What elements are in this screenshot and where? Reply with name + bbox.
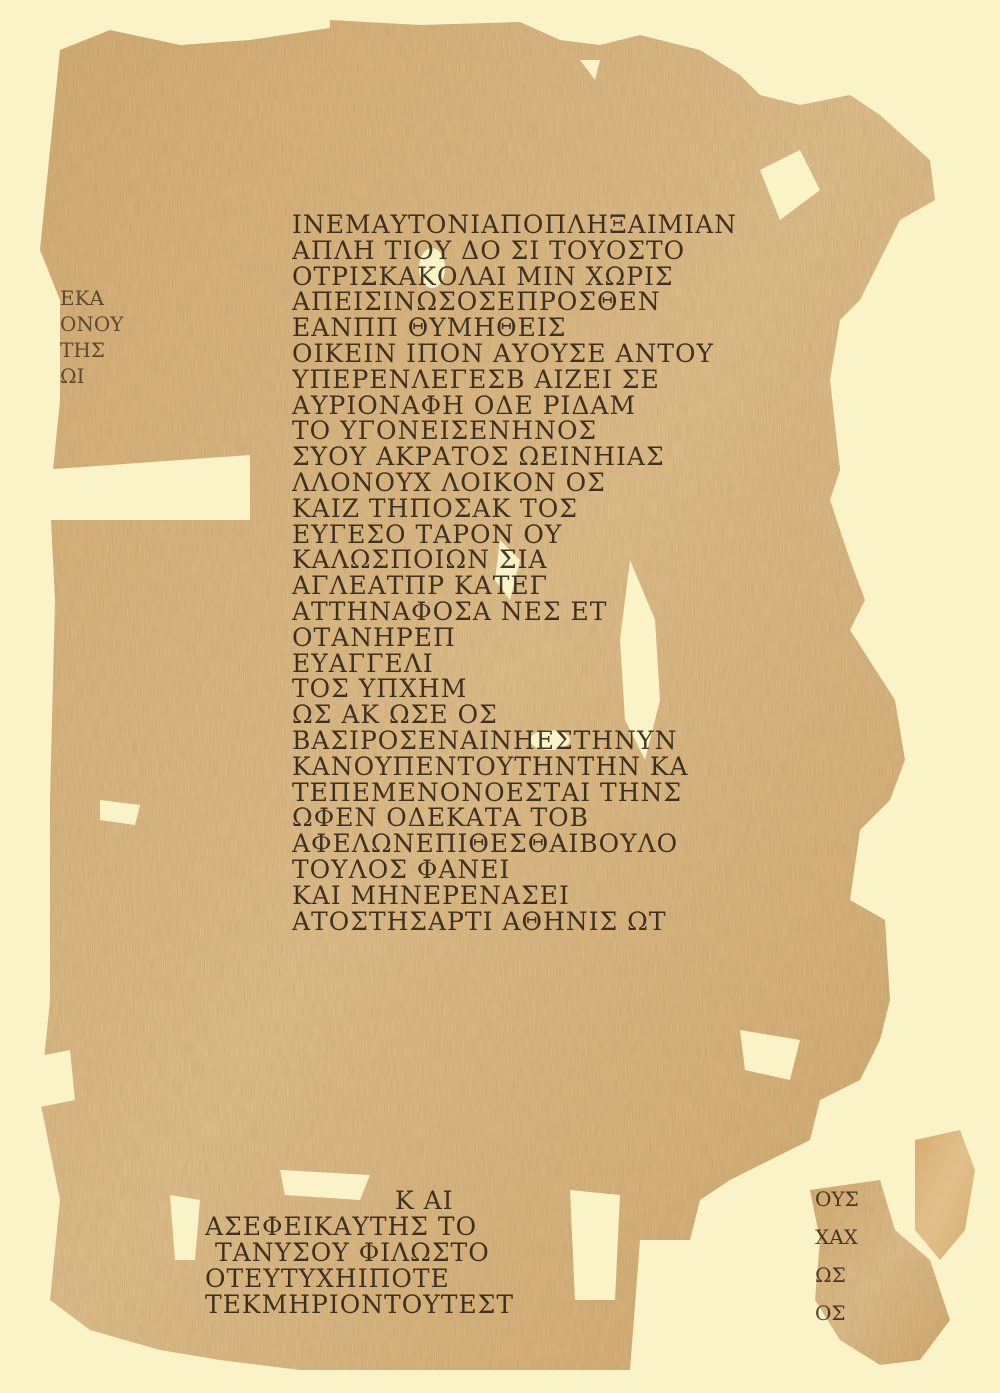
text-line: ΑΣΕΦΕΙΚΑΥΤΗΣ ΤΟ <box>205 1214 514 1240</box>
text-line: ΤΑΝΥΣΟΥ ΦΙΛΩΣΤΟ <box>205 1240 514 1266</box>
text-line: ΕΑΝΠΠ ΘΥΜΗΘΕΙΣ <box>292 315 872 341</box>
text-line: ΩΣ <box>815 1256 859 1294</box>
left-margin-text: ΕΚΑ ΟΝΟΥ ΤΗΣ ΩΙ <box>60 285 124 389</box>
text-line: ΑΓΛΕΑΤΠΡ ΚΑΤΕΓ <box>292 573 872 599</box>
text-line: ΤΟΥΛΟΣ ΦΑΝΕΙ <box>292 857 872 883</box>
right-fragment-text: ΟΥΣ ΧΑΧ ΩΣ ΟΣ <box>815 1180 859 1332</box>
text-line: ΑΠΛΗ ΤΙΟΥ ΔΟ ΣΙ ΤΟΥΟΣΤΟ <box>292 238 872 264</box>
text-line: ΟΤΕΥΤΥΧΗΙΠΟΤΕ <box>205 1266 514 1292</box>
main-text-column: ΙΝΕΜΑΥΤΟΝΙΑΠΟΠΛΗΞΑΙΜΙΑΝ ΑΠΛΗ ΤΙΟΥ ΔΟ ΣΙ … <box>292 212 872 934</box>
text-line: ΤΕΚΜΗΡΙΟΝΤΟΥΤΕΣΤ <box>205 1292 514 1318</box>
text-line: ΕΥΓΕΣΟ ΤΑΡΟΝ ΟΥ <box>292 522 872 548</box>
text-line: ΚΑΛΩΣΠΟΙΩΝ ΣΙΑ <box>292 547 872 573</box>
text-line: ΑΦΕΛΩΝΕΠΙΘΕΣΘΑΙΒΟΥΛΟ <box>292 831 872 857</box>
text-line: ΚΑΙΖ ΤΗΠΟΣΑΚ ΤΟΣ <box>292 496 872 522</box>
margin-line: ΤΗΣ <box>60 337 124 363</box>
text-line: ΩΣ ΑΚ ΩΣΕ ΟΣ <box>292 702 872 728</box>
text-line: ΕΥΑΓΓΕΛΙ <box>292 651 872 677</box>
text-line: ΟΤΡΙΣΚΑΚΟΛΑΙ ΜΙΝ ΧΩΡΙΣ <box>292 264 872 290</box>
text-line: ΟΙΚΕΙΝ ΙΠΟΝ ΑΥΟΥΣΕ ΑΝΤΟΥ <box>292 341 872 367</box>
text-line: ΚΑΝΟΥΠΕΝΤΟΥΤΗΝΤΗΝ ΚΑ <box>292 754 872 780</box>
text-line: Κ ΑΙ <box>205 1188 514 1214</box>
text-line: ΤΟΣ ΥΠΧΗΜ <box>292 676 872 702</box>
text-line: ΟΤΑΝΗΡΕΠ <box>292 625 872 651</box>
text-line: ΥΠΕΡΕΝΛΕΓΕΣΒ ΑΙΖΕΙ ΣΕ <box>292 367 872 393</box>
margin-line: ΕΚΑ <box>60 285 124 311</box>
lower-text-block: Κ ΑΙ ΑΣΕΦΕΙΚΑΥΤΗΣ ΤΟ ΤΑΝΥΣΟΥ ΦΙΛΩΣΤΟ ΟΤΕ… <box>205 1188 514 1318</box>
text-line: ΑΤΟΣΤΗΣΑΡΤΙ ΑΘΗΝΙΣ ΩΤ <box>292 909 872 935</box>
margin-line: ΟΝΟΥ <box>60 311 124 337</box>
margin-line: ΩΙ <box>60 363 124 389</box>
text-line: ΤΕΠΕΜΕΝΟΝΟΕΣΤΑΙ ΤΗΝΣ <box>292 780 872 806</box>
text-line: ΧΑΧ <box>815 1218 859 1256</box>
text-line: ΙΝΕΜΑΥΤΟΝΙΑΠΟΠΛΗΞΑΙΜΙΑΝ <box>292 212 872 238</box>
text-line: ΑΤΤΗΝΑΦΟΣΑ ΝΕΣ ΕΤ <box>292 599 872 625</box>
text-line: ΑΥΡΙΟΝΑΦΗ ΟΔΕ ΡΙΔΑΜ <box>292 393 872 419</box>
text-line: ΣΥΟΥ ΑΚΡΑΤΟΣ ΩΕΙΝΗΙΑΣ <box>292 444 872 470</box>
text-line: ΑΠΕΙΣΙΝΩΣΟΣΕΠΡΟΣΘΕΝ <box>292 289 872 315</box>
text-line: ΤΟ ΥΓΟΝΕΙΣΕΝΗΝΟΣ <box>292 418 872 444</box>
text-line: ΟΣ <box>815 1294 859 1332</box>
text-line: ΚΑΙ ΜΗΝΕΡΕΝΑΣΕΙ <box>292 883 872 909</box>
text-line: ΟΥΣ <box>815 1180 859 1218</box>
text-line: ΛΛΟΝΟΥΧ ΛΟΙΚΟΝ ΟΣ <box>292 470 872 496</box>
text-line: ΒΑΣΙΡΟΣΕΝΑΙΝΗΕΣΤΗΝΥΝ <box>292 728 872 754</box>
text-line: ΩΦΕΝ ΟΔΕΚΑΤΑ ΤΟΒ <box>292 805 872 831</box>
